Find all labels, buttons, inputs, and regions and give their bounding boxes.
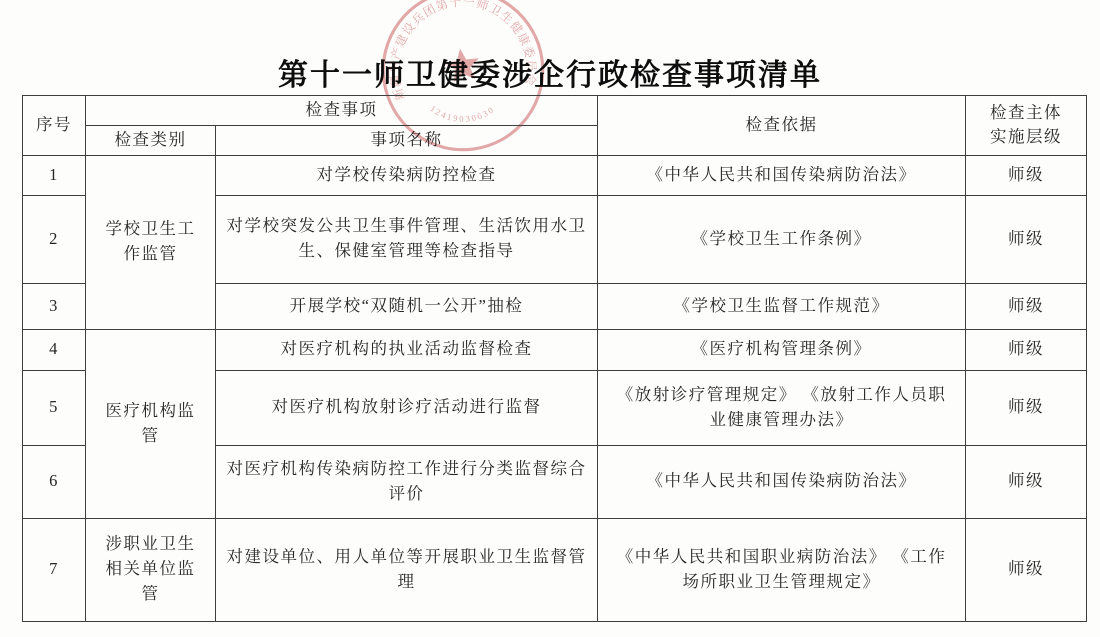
cell-level: 师级 (966, 195, 1087, 283)
cell-basis: 《中华人民共和国传染病防治法》 (598, 445, 966, 518)
cell-serial: 2 (23, 195, 86, 283)
cell-category-occupational-health: 涉职业卫生相关单位监管 (86, 518, 216, 621)
header-row-1: 序号 检查事项 检查依据 检查主体 实施层级 (23, 96, 1087, 126)
header-basis: 检查依据 (598, 96, 966, 156)
scanned-document-page: 新疆生产建设兵团第十一师卫生健康委员会 12419030630 第十一师卫健委涉… (0, 0, 1100, 637)
header-implementer-line1: 检查主体 (974, 101, 1078, 126)
table-row: 4 医疗机构监管 对医疗机构的执业活动监督检查 《医疗机构管理条例》 师级 (23, 329, 1087, 370)
cell-basis: 《中华人民共和国传染病防治法》 (598, 155, 966, 195)
cell-serial: 7 (23, 518, 86, 621)
cell-item: 对医疗机构传染病防控工作进行分类监督综合评价 (216, 445, 598, 518)
cell-item: 对学校突发公共卫生事件管理、生活饮用水卫生、保健室管理等检查指导 (216, 195, 598, 283)
cell-level: 师级 (966, 445, 1087, 518)
cell-item: 对医疗机构的执业活动监督检查 (216, 329, 598, 370)
cell-basis: 《学校卫生工作条例》 (598, 195, 966, 283)
page-title: 第十一师卫健委涉企行政检查事项清单 (0, 50, 1100, 94)
cell-level: 师级 (966, 329, 1087, 370)
cell-serial: 3 (23, 283, 86, 329)
cell-level: 师级 (966, 155, 1087, 195)
header-inspection-item-group: 检查事项 (86, 96, 598, 126)
header-implementer-line2: 实施层级 (974, 125, 1078, 150)
cell-serial: 4 (23, 329, 86, 370)
cell-level: 师级 (966, 370, 1087, 445)
header-category: 检查类别 (86, 125, 216, 155)
cell-basis: 《中华人民共和国职业病防治法》 《工作场所职业卫生管理规定》 (598, 518, 966, 621)
cell-item: 开展学校“双随机一公开”抽检 (216, 283, 598, 329)
inspection-items-table: 序号 检查事项 检查依据 检查主体 实施层级 检查类别 事项名称 1 学校卫生工… (22, 95, 1087, 622)
cell-category-school-health: 学校卫生工作监管 (86, 155, 216, 329)
cell-level: 师级 (966, 518, 1087, 621)
cell-item: 对建设单位、用人单位等开展职业卫生监督管理 (216, 518, 598, 621)
cell-basis: 《医疗机构管理条例》 (598, 329, 966, 370)
header-implementer-level: 检查主体 实施层级 (966, 96, 1087, 156)
cell-basis: 《放射诊疗管理规定》 《放射工作人员职业健康管理办法》 (598, 370, 966, 445)
cell-serial: 6 (23, 445, 86, 518)
header-serial: 序号 (23, 96, 86, 156)
cell-serial: 1 (23, 155, 86, 195)
cell-basis: 《学校卫生监督工作规范》 (598, 283, 966, 329)
cell-item: 对学校传染病防控检查 (216, 155, 598, 195)
cell-serial: 5 (23, 370, 86, 445)
table-row: 7 涉职业卫生相关单位监管 对建设单位、用人单位等开展职业卫生监督管理 《中华人… (23, 518, 1087, 621)
cell-item: 对医疗机构放射诊疗活动进行监督 (216, 370, 598, 445)
cell-category-medical-institution: 医疗机构监管 (86, 329, 216, 518)
cell-level: 师级 (966, 283, 1087, 329)
table-row: 1 学校卫生工作监管 对学校传染病防控检查 《中华人民共和国传染病防治法》 师级 (23, 155, 1087, 195)
header-item-name: 事项名称 (216, 125, 598, 155)
